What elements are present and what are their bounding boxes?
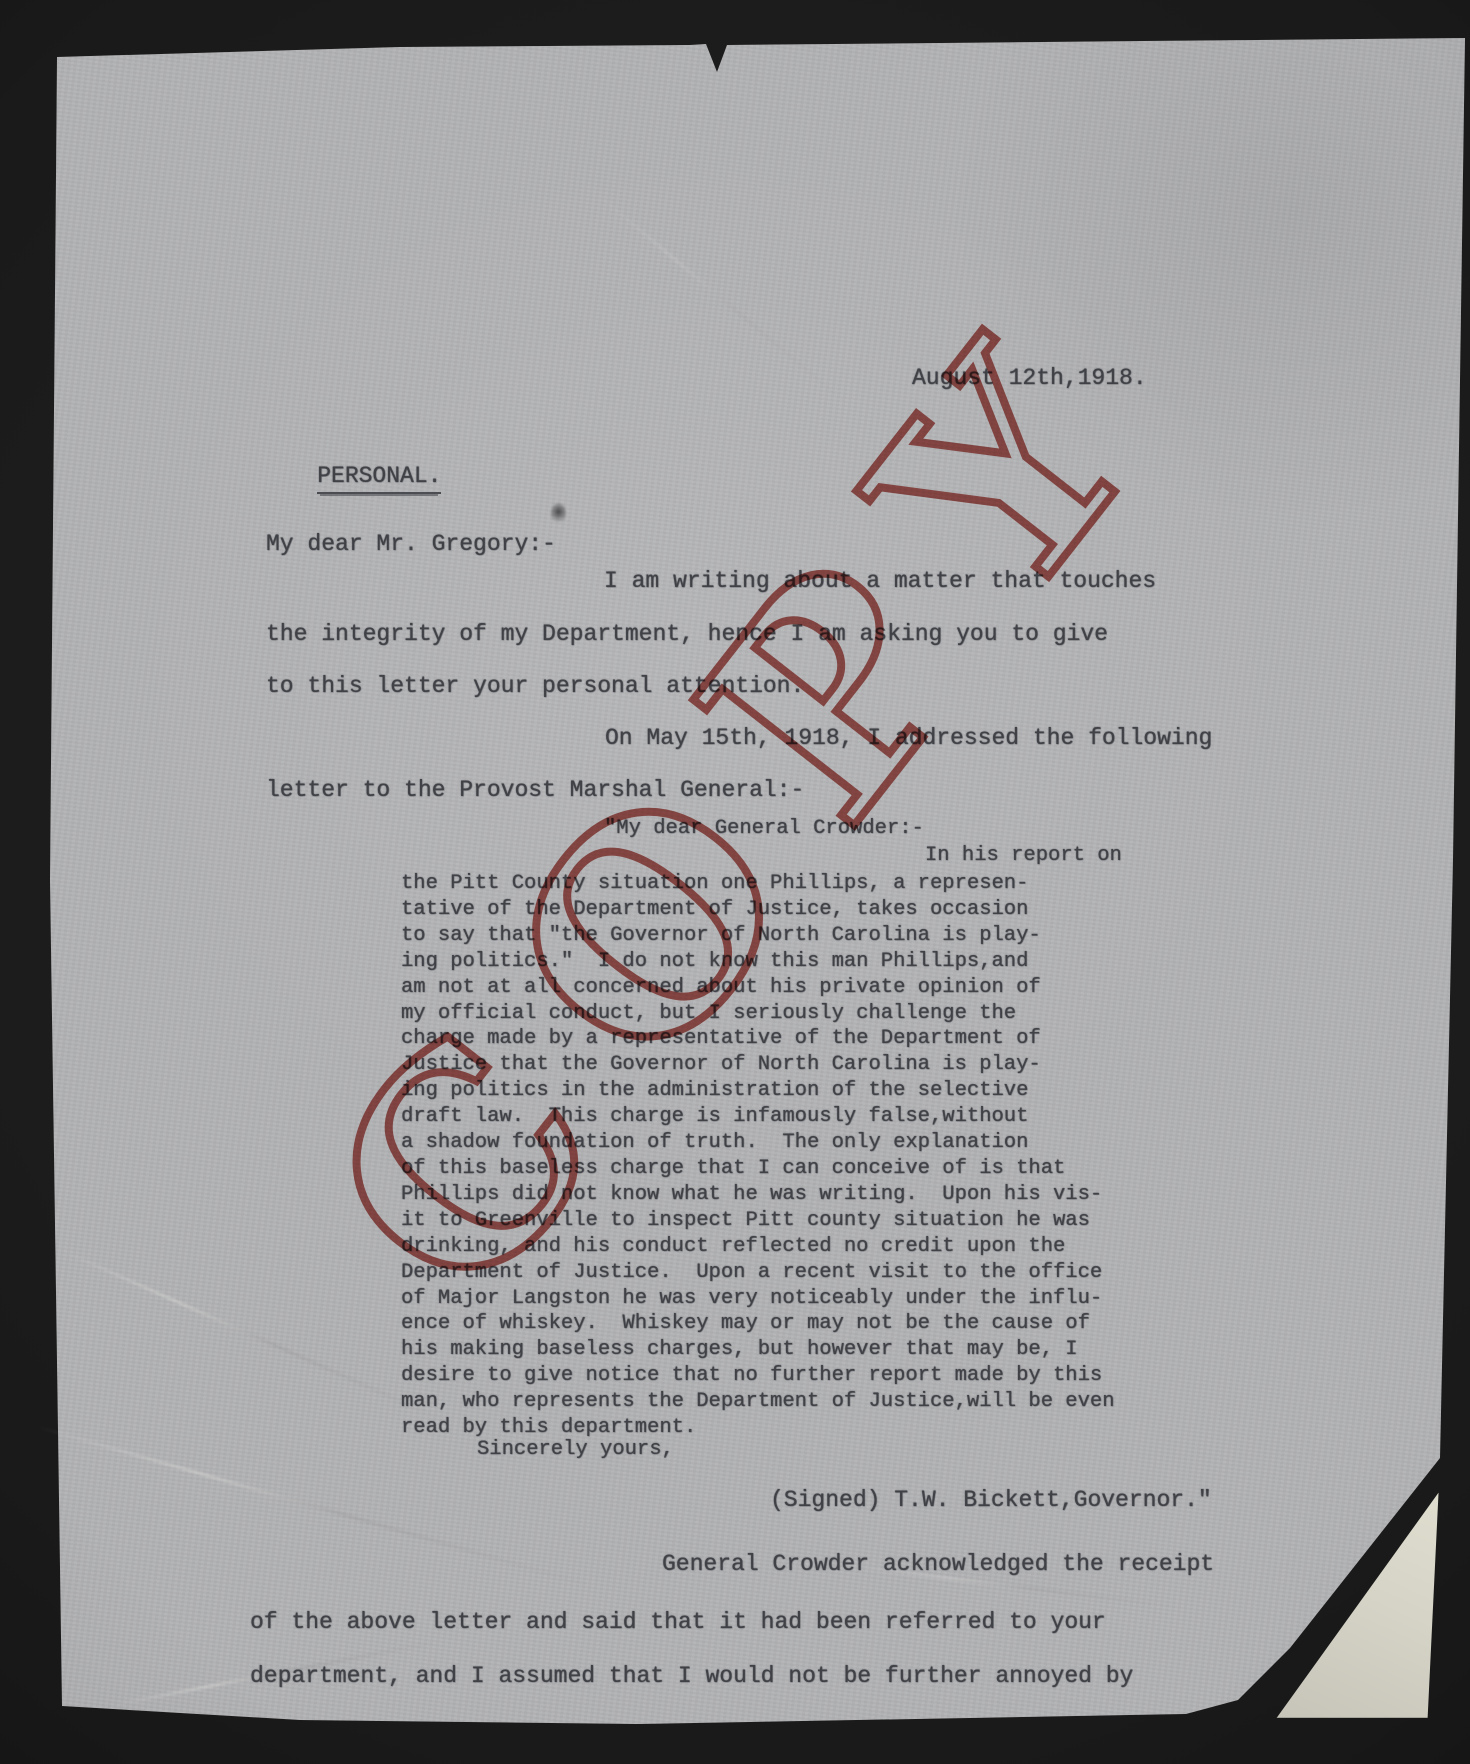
- typed-line: of the above letter and said that it had…: [250, 1595, 1133, 1649]
- paragraph3-first-line: General Crowder acknowledged the receipt: [662, 1538, 1214, 1590]
- salutation: My dear Mr. Gregory:-: [266, 518, 556, 570]
- typed-line: to say that "the Governor of North Carol…: [401, 923, 1115, 949]
- paragraph2-first-line: On May 15th, 1918, I addressed the follo…: [605, 712, 1212, 764]
- typed-line: drinking, and his conduct reflected no c…: [401, 1234, 1115, 1260]
- typed-line: Department of Justice. Upon a recent vis…: [401, 1260, 1115, 1286]
- typed-line: a shadow foundation of truth. The only e…: [401, 1130, 1115, 1156]
- scanned-letter-page: August 12th,1918. PERSONAL. My dear Mr. …: [0, 0, 1470, 1764]
- quoted-letter-opening-line: In his report on: [925, 843, 1122, 869]
- typed-line: of this baseless charge that I can conce…: [401, 1156, 1115, 1182]
- typed-line: of Major Langston he was very noticeably…: [401, 1286, 1115, 1312]
- typed-line: to this letter your personal attention.: [266, 660, 1108, 712]
- paragraph1-lines: the integrity of my Department, hence I …: [266, 608, 1108, 712]
- typed-line: charge made by a representative of the D…: [401, 1026, 1115, 1052]
- typed-line: desire to give notice that no further re…: [401, 1363, 1115, 1389]
- typed-line: letter to the Provost Marshal General:-: [266, 764, 804, 816]
- typed-line: draft law. This charge is infamously fal…: [401, 1104, 1115, 1130]
- paragraph1-first-line: I am writing about a matter that touches: [604, 555, 1156, 607]
- quoted-letter-salutation: "My dear General Crowder:-: [604, 816, 924, 842]
- quoted-letter-body: the Pitt County situation one Phillips, …: [401, 871, 1115, 1441]
- typed-line: the integrity of my Department, hence I …: [266, 608, 1108, 660]
- paragraph3-lines: of the above letter and said that it had…: [250, 1595, 1133, 1703]
- typed-line: his making baseless charges, but however…: [401, 1337, 1115, 1363]
- typed-line: my official conduct, but I seriously cha…: [401, 1001, 1115, 1027]
- quoted-letter-signature: (Signed) T.W. Bickett,Governor.": [770, 1474, 1212, 1526]
- typed-line: ence of whiskey. Whiskey may or may not …: [401, 1311, 1115, 1337]
- typed-line: ing politics in the administration of th…: [401, 1078, 1115, 1104]
- paragraph2-lines: letter to the Provost Marshal General:-: [266, 764, 804, 816]
- typed-line: it to Greenville to inspect Pitt county …: [401, 1208, 1115, 1234]
- letter-date: August 12th,1918.: [912, 352, 1147, 404]
- typed-line: man, who represents the Department of Ju…: [401, 1389, 1115, 1415]
- typed-line: tative of the Department of Justice, tak…: [401, 897, 1115, 923]
- typed-line: the Pitt County situation one Phillips, …: [401, 871, 1115, 897]
- typed-line: ing politics." I do not know this man Ph…: [401, 949, 1115, 975]
- quoted-letter-closing: Sincerely yours,: [477, 1437, 674, 1463]
- typed-line: department, and I assumed that I would n…: [250, 1649, 1133, 1703]
- typed-line: am not at all concerned about his privat…: [401, 975, 1115, 1001]
- typed-line: Phillips did not know what he was writin…: [401, 1182, 1115, 1208]
- classification-text: PERSONAL.: [317, 463, 441, 494]
- typed-line: Justice that the Governor of North Carol…: [401, 1052, 1115, 1078]
